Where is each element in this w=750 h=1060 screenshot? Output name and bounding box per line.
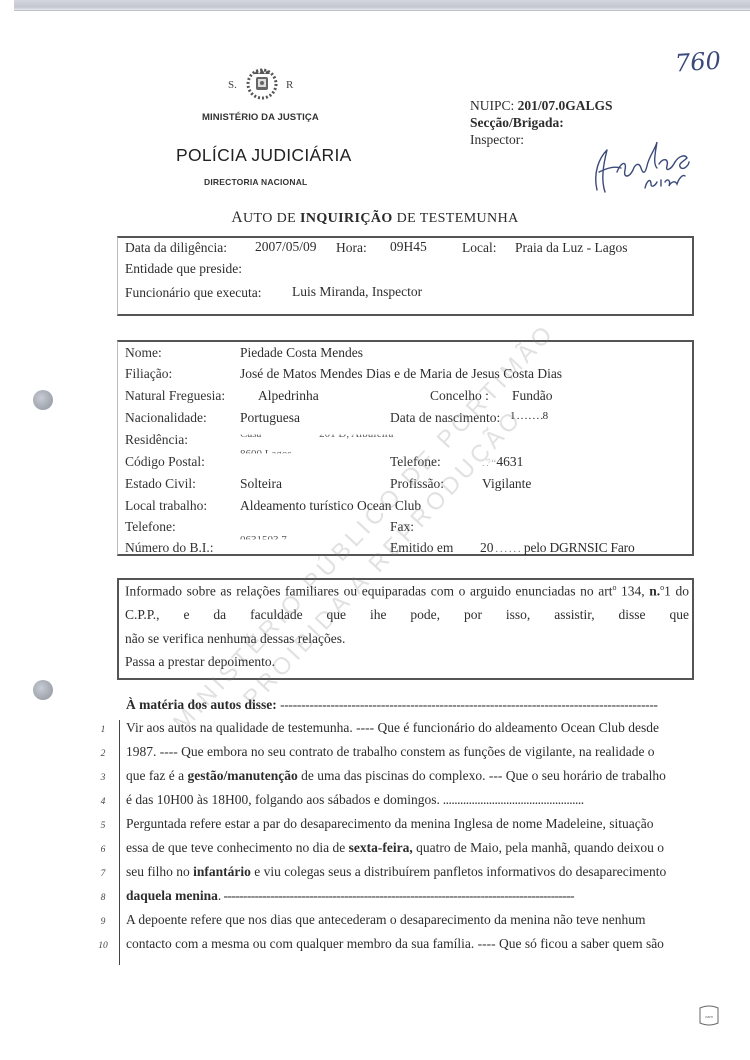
nuipc-label: NUIPC: — [470, 98, 514, 113]
line-text: A depoente refere que nos dias que antec… — [126, 912, 689, 928]
line-number: 10 — [96, 941, 110, 951]
parish-label: Natural Freguesia: — [125, 388, 225, 404]
postal-label: Código Postal: — [125, 454, 205, 470]
civil-label: Estado Civil: — [125, 476, 196, 492]
statement-heading-text: À matéria dos autos disse: — [126, 697, 277, 712]
line-text: é das 10H00 às 18H00, folgando aos sábad… — [126, 792, 689, 808]
line-number: 9 — [96, 917, 110, 927]
inspector-signature-icon — [585, 128, 715, 198]
entity-label: Entidade que preside: — [125, 261, 242, 277]
nuipc-value: 201/07.0GALGS — [518, 98, 613, 113]
nationality-label: Nacionalidade: — [125, 410, 207, 426]
archive-stamp-icon: cam — [697, 1003, 721, 1030]
phone-value-redacted: . . ‘‘4631 — [482, 454, 523, 470]
line-number: 8 — [96, 893, 110, 903]
statement-line: 3 que faz é a gestão/manutenção de uma d… — [96, 768, 696, 792]
line-number: 7 — [96, 869, 110, 879]
civil-value: Solteira — [240, 476, 282, 492]
inspector-label: Inspector: — [470, 132, 524, 147]
nationality-value: Portuguesa — [240, 410, 300, 426]
place-label: Local: — [462, 240, 496, 256]
punch-hole-icon — [33, 680, 53, 700]
crest-block: S. R — [228, 66, 298, 102]
coat-of-arms-icon — [245, 66, 279, 100]
issued-label: Emitido em — [390, 540, 453, 556]
parish-value: Alpedrinha — [258, 388, 319, 404]
line-text: essa de que teve conhecimento no dia de … — [126, 840, 689, 856]
diligence-box: Data da diligência: 2007/05/09 Hora: 09H… — [117, 236, 694, 316]
document-title: AUTO DE INQUIRIÇÃO DE TESTEMUNHA — [0, 209, 750, 227]
phone-label: Telefone: — [390, 454, 441, 470]
line-text: contacto com a mesma ou com qualquer mem… — [126, 936, 689, 952]
statement-line: 8 daquela menina. ----------------------… — [96, 888, 696, 912]
notice-line-1: Informado sobre as relações familiares o… — [125, 583, 689, 600]
issued-value: 20 . . . . . . pelo DGRNSIC Faro — [480, 540, 635, 556]
county-label: Concelho : — [430, 388, 489, 404]
crest-left-letter: S. — [228, 79, 237, 91]
id-label: Número do B.I.: — [125, 540, 214, 556]
line-text: daquela menina. ------------------------… — [126, 888, 689, 904]
parents-label: Filiação: — [125, 366, 172, 382]
witness-box: Nome: Piedade Costa Mendes Filiação: Jos… — [117, 340, 694, 556]
notice-box: Informado sobre as relações familiares o… — [117, 578, 694, 680]
title-part3: DE TESTEMUNHA — [397, 211, 519, 226]
scan-edge — [14, 0, 750, 11]
notice-line-3: não se verifica nenhuma dessas relações. — [125, 631, 689, 647]
line-number: 1 — [96, 725, 110, 735]
agency-name: POLÍCIA JUDICIÁRIA — [176, 145, 352, 166]
title-part2: INQUIRIÇÃO — [300, 211, 393, 226]
directorate-name: DIRECTORIA NACIONAL — [204, 177, 307, 187]
parents-value: José de Matos Mendes Dias e de Maria de … — [240, 366, 562, 382]
name-value: Piedade Costa Mendes — [240, 345, 363, 361]
crest-right-letter: R — [286, 79, 293, 91]
workplace-label: Local trabalho: — [125, 498, 207, 514]
notice-line-2: C.P.P., e da faculdade que ihe pode, por… — [125, 607, 689, 623]
birth-value-redacted: 1 . . . . . . .8 — [510, 410, 548, 422]
statement-line: 2 1987. ---- Que embora no seu contrato … — [96, 744, 696, 768]
line-number: 5 — [96, 821, 110, 831]
title-initial: A — [231, 209, 243, 226]
officer-value: Luis Miranda, Inspector — [292, 284, 422, 300]
officer-label: Funcionário que executa: — [125, 285, 261, 301]
statement-line: 6 essa de que teve conhecimento no dia d… — [96, 840, 696, 864]
date-label: Data da diligência: — [125, 240, 227, 256]
id-value-redacted: 0631503 7 — [240, 534, 287, 546]
birth-label: Data de nascimento: — [390, 410, 500, 426]
nuipc-line: NUIPC: 201/07.0GALGS — [470, 97, 613, 114]
line-text: que faz é a gestão/manutenção de uma das… — [126, 768, 689, 784]
statement-line: 9 A depoente refere que nos dias que ant… — [96, 912, 696, 936]
line-number: 2 — [96, 749, 110, 759]
title-part1: UTO DE — [243, 211, 296, 226]
residence-label: Residência: — [125, 432, 188, 448]
postal-value-redacted: 8600 Lagos — [240, 448, 292, 460]
statement-line: 4 é das 10H00 às 18H00, folgando aos sáb… — [96, 792, 696, 816]
statement-line: 7 seu filho no infantário e viu colegas … — [96, 864, 696, 888]
line-text: 1987. ---- Que embora no seu contrato de… — [126, 744, 689, 760]
fax-label: Fax: — [390, 519, 414, 535]
punch-hole-icon — [33, 390, 53, 410]
workplace-value: Aldeamento turístico Ocean Club — [240, 498, 421, 514]
ministry-name: MINISTÉRIO DA JUSTIÇA — [202, 112, 319, 123]
statement-line: 10 contacto com a mesma ou com qualquer … — [96, 936, 696, 960]
line-number: 6 — [96, 845, 110, 855]
line-number: 3 — [96, 773, 110, 783]
statement-heading: À matéria dos autos disse: -------------… — [126, 697, 658, 713]
statement-line: 1 Vir aos autos na qualidade de testemun… — [96, 720, 696, 744]
hour-label: Hora: — [336, 240, 367, 256]
line-text: Vir aos autos na qualidade de testemunha… — [126, 720, 689, 736]
profession-label: Profissão: — [390, 476, 444, 492]
place-value: Praia da Luz - Lagos — [515, 240, 627, 256]
notice-line-4: Passa a prestar depoimento. — [125, 654, 689, 670]
handwritten-page-number: 760 — [674, 46, 722, 77]
statement-heading-dashes: ----------------------------------------… — [280, 697, 658, 712]
date-value: 2007/05/09 — [255, 239, 317, 255]
line-number: 4 — [96, 797, 110, 807]
profession-value: Vigilante — [482, 476, 531, 492]
name-label: Nome: — [125, 345, 162, 361]
line-text: Perguntada refere estar a par do desapar… — [126, 816, 689, 832]
hour-value: 09H45 — [390, 239, 427, 255]
residence-value-redacted: Casa 201 D, Albufeira — [240, 428, 393, 440]
section-label: Secção/Brigada: — [470, 115, 564, 130]
statement-line: 5 Perguntada refere estar a par do desap… — [96, 816, 696, 840]
work-phone-label: Telefone: — [125, 519, 176, 535]
county-value: Fundão — [512, 388, 553, 404]
svg-text:cam: cam — [705, 1014, 713, 1019]
line-text: seu filho no infantário e viu colegas se… — [126, 864, 689, 880]
